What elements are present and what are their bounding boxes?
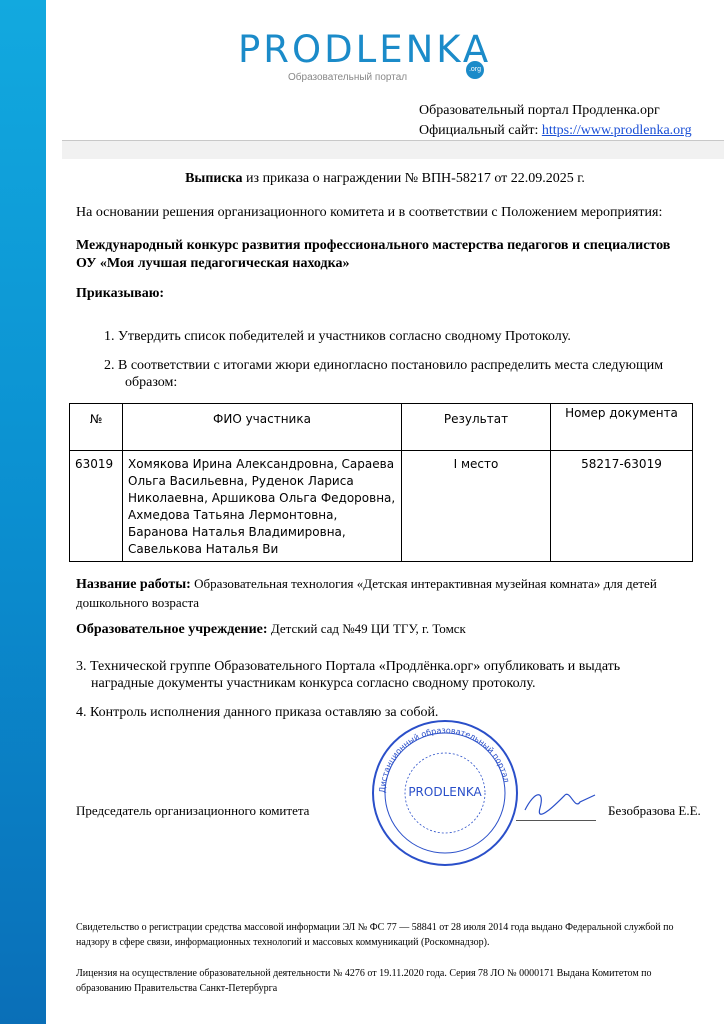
prodlenka-logo: PRODLENKA .org Образовательный портал bbox=[238, 28, 488, 88]
document-title: Выписка из приказа о награждении № ВПН-5… bbox=[0, 171, 724, 187]
order-label: Приказываю: bbox=[76, 285, 164, 303]
media-registration: Свидетельство о регистрации средства мас… bbox=[76, 920, 696, 950]
cell-num: 63019 bbox=[70, 451, 123, 562]
item-3: 3. Технической группе Образовательного П… bbox=[76, 658, 620, 692]
license-info: Лицензия на осуществление образовательно… bbox=[76, 966, 696, 996]
winners-table: № ФИО участника Результат Номер документ… bbox=[69, 403, 693, 562]
chairman-role: Председатель организационного комитета bbox=[76, 802, 309, 820]
signature-line bbox=[516, 820, 596, 821]
logo-tagline: Образовательный портал bbox=[288, 72, 407, 83]
site-link[interactable]: https://www.prodlenka.org bbox=[542, 123, 692, 138]
logo-org-badge: .org bbox=[466, 61, 484, 79]
svg-text:Дистанционный образовательный: Дистанционный образовательный портал bbox=[378, 726, 511, 793]
svg-text:PRODLENKA: PRODLENKA bbox=[408, 785, 482, 799]
official-stamp: PRODLENKA Дистанционный образовательный … bbox=[370, 718, 520, 868]
table-row: 63019 Хомякова Ирина Александровна, Сара… bbox=[70, 451, 693, 562]
signature-scribble bbox=[520, 780, 600, 820]
item-1: 1. Утвердить список победителей и участн… bbox=[104, 328, 571, 345]
contest-title: Международный конкурс развития профессио… bbox=[76, 237, 670, 273]
work-title: Название работы: Образовательная техноло… bbox=[76, 575, 657, 612]
sidebar-stripe bbox=[0, 0, 46, 1024]
header-divider bbox=[62, 140, 724, 159]
item-2: 2. В соответствии с итогами жюри единогл… bbox=[104, 357, 663, 391]
chairman-name: Безобразова Е.Е. bbox=[608, 802, 701, 820]
logo-text: PRODLENKA bbox=[238, 28, 491, 71]
col-result: Результат bbox=[402, 404, 551, 451]
cell-result: I место bbox=[402, 451, 551, 562]
cell-doc: 58217-63019 bbox=[551, 451, 693, 562]
col-num: № bbox=[70, 404, 123, 451]
col-doc: Номер документа bbox=[551, 404, 693, 451]
portal-info: Образовательный портал Продленка.орг Офи… bbox=[419, 101, 692, 141]
cell-names: Хомякова Ирина Александровна, Сараева Ол… bbox=[123, 451, 402, 562]
basis-text: На основании решения организационного ко… bbox=[76, 204, 662, 222]
col-name: ФИО участника bbox=[123, 404, 402, 451]
portal-name: Образовательный портал Продленка.орг bbox=[419, 101, 692, 121]
institution: Образовательное учреждение: Детский сад … bbox=[76, 620, 466, 639]
site-label: Официальный сайт: bbox=[419, 123, 542, 138]
